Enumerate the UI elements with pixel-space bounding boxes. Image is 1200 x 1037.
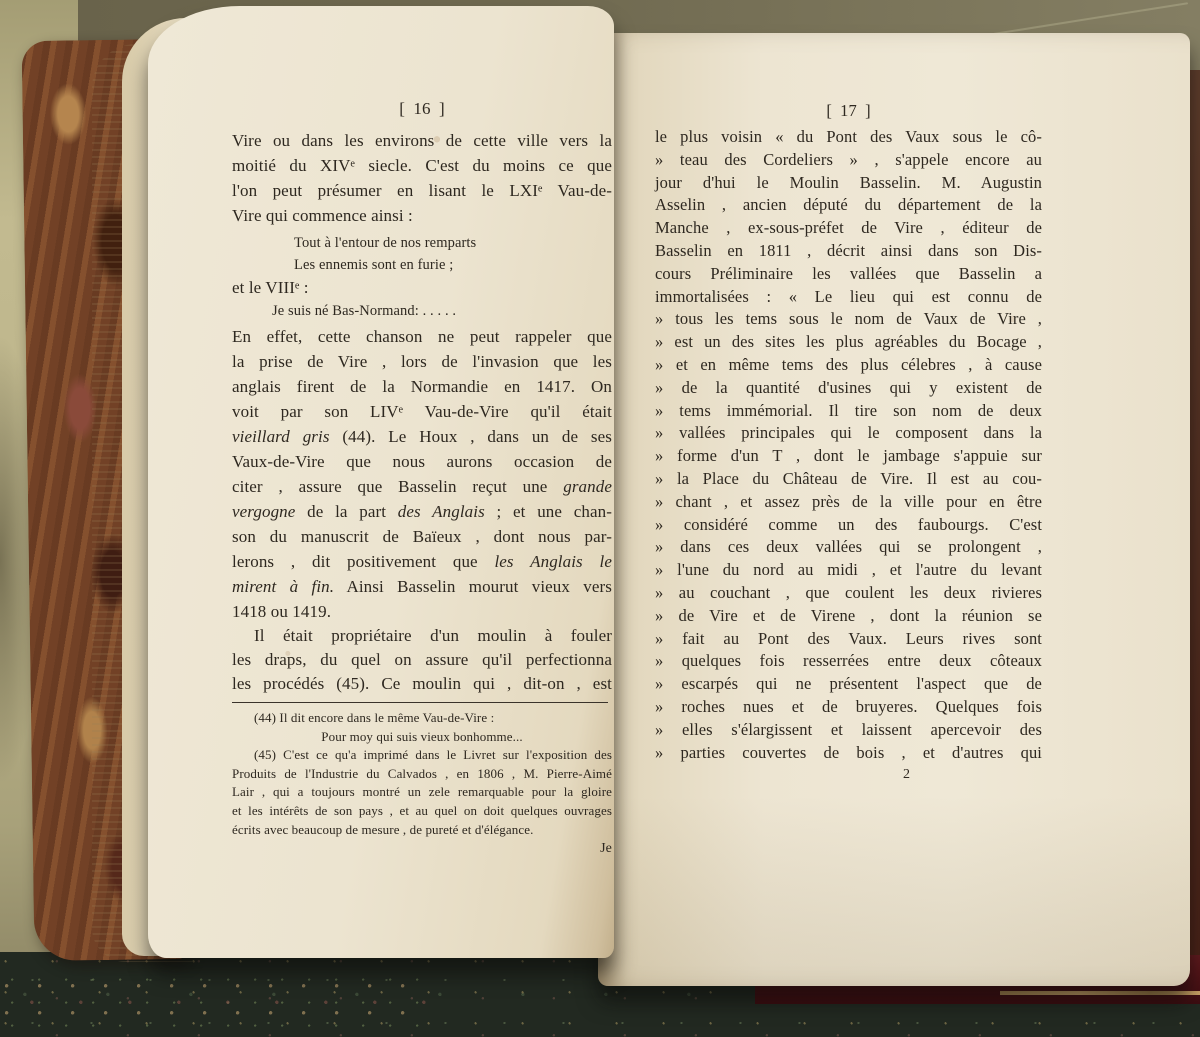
footnote-rule (232, 702, 608, 703)
paragraph: Vire ou dans les environs de cette ville… (232, 128, 612, 228)
text-line: les draps, du quel on assure qu'il perfe… (232, 648, 612, 672)
text-line: Lair , qui a toujours montré un zele rem… (232, 783, 612, 802)
text-line: mirent à fin. Ainsi Basselin mourut vieu… (232, 574, 612, 599)
text-line: 1418 ou 1419. (232, 599, 612, 624)
text-line: » l'une du nord au midi , et l'autre du … (655, 559, 1042, 582)
paragraph: le plus voisin « du Pont des Vaux sous l… (655, 126, 1042, 764)
page-number-16: [ 16 ] (232, 98, 612, 120)
text-line: Vaux-de-Vire que nous aurons occasion de (232, 449, 612, 474)
footnote-44: (44) Il dit encore dans le même Vau-de-V… (232, 709, 612, 746)
text-line: Pour moy qui suis vieux bonhomme... (232, 728, 612, 747)
text-line: le plus voisin « du Pont des Vaux sous l… (655, 126, 1042, 149)
book-photo-scene: [ 16 ] Vire ou dans les environs de cett… (0, 0, 1200, 1037)
text-line: » la Place du Château de Vire. Il est au… (655, 468, 1042, 491)
verse-quote: Je suis né Bas-Normand: . . . . . (272, 300, 612, 322)
text-line: » de la quantité d'usines qui y existent… (655, 377, 1042, 400)
text-line: Asselin , ancien député du département d… (655, 194, 1042, 217)
text-line: Basselin en 1811 , décrit ainsi dans son… (655, 240, 1042, 263)
left-page-text: [ 16 ] Vire ou dans les environs de cett… (232, 98, 612, 858)
text-line: » forme d'un T , dont le jambage s'appui… (655, 445, 1042, 468)
text-line: » considéré comme un des faubourgs. C'es… (655, 514, 1042, 537)
text-line: » escarpés qui ne présentent l'aspect qu… (655, 673, 1042, 696)
text-line: vergogne de la part des Anglais ; et une… (232, 499, 612, 524)
text-line: » tous les tems sous le nom de Vaux de V… (655, 308, 1042, 331)
text-line: Les ennemis sont en furie ; (294, 254, 612, 276)
text-line: moitié du XIVᵉ siecle. C'est du moins ce… (232, 153, 612, 178)
text-line: (44) Il dit encore dans le même Vau-de-V… (232, 709, 612, 728)
carpet-pattern-patch (0, 975, 430, 1037)
text-line: (45) C'est ce qu'a imprimé dans le Livre… (232, 746, 612, 765)
text-line: » de Vire et de Virene , dont la réunion… (655, 605, 1042, 628)
text-line: » teau des Cordeliers » , s'appele encor… (655, 149, 1042, 172)
text-line: » elles s'élargissent et laissent aperce… (655, 719, 1042, 742)
text-line: Manche , ex-sous-préfet de Vire , éditeu… (655, 217, 1042, 240)
text-line: » au couchant , que coulent les deux riv… (655, 582, 1042, 605)
left-page: [ 16 ] Vire ou dans les environs de cett… (148, 6, 614, 958)
text-line: son du manuscrit de Baïeux , dont nous p… (232, 524, 612, 549)
text-line: l'on peut présumer en lisant le LXIᵉ Vau… (232, 178, 612, 203)
page-number-17: [ 17 ] (655, 101, 1042, 121)
text-line: immortalisées : « Le lieu qui est connu … (655, 286, 1042, 309)
text-line: et les intérêts de son pays , et au quel… (232, 802, 612, 821)
text-line: citer , assure que Basselin reçut une gr… (232, 474, 612, 499)
right-page-text: [ 17 ] le plus voisin « du Pont des Vaux… (655, 101, 1042, 785)
text-line: Tout à l'entour de nos remparts (294, 232, 612, 254)
signature-mark: 2 (903, 765, 1042, 785)
text-line: écrits avec beaucoup de mesure , de pure… (232, 821, 612, 840)
text-line: » quelques fois resserrées entre deux cô… (655, 650, 1042, 673)
text-line: » chant , et assez près de la ville pour… (655, 491, 1042, 514)
text-line: Il était propriétaire d'un moulin à foul… (232, 624, 612, 648)
text-line: » vallées principales qui le composent d… (655, 422, 1042, 445)
text-line: » est un des sites les plus agréables du… (655, 331, 1042, 354)
footnote-45: (45) C'est ce qu'a imprimé dans le Livre… (232, 746, 612, 839)
text-line: vieillard gris (44). Le Houx , dans un d… (232, 424, 612, 449)
text-line: » roches nues et de bruyeres. Quelques f… (655, 696, 1042, 719)
text-line: En effet, cette chanson ne peut rappeler… (232, 324, 612, 349)
paragraph: En effet, cette chanson ne peut rappeler… (232, 324, 612, 624)
text-line: » fait au Pont des Vaux. Leurs rives son… (655, 628, 1042, 651)
text-line: les procédés (45). Ce moulin qui , dit-o… (232, 672, 612, 696)
catchword: Je (232, 840, 612, 858)
text-line: » tems immémorial. Il tire son nom de de… (655, 400, 1042, 423)
text-line: Vire ou dans les environs de cette ville… (232, 128, 612, 153)
text-line: » et en même tems des plus célebres , à … (655, 354, 1042, 377)
text-line: jour d'hui le Moulin Basselin. M. August… (655, 172, 1042, 195)
paragraph: Il était propriétaire d'un moulin à foul… (232, 624, 612, 696)
text-line: anglais firent de la Normandie en 1417. … (232, 374, 612, 399)
text-line: lerons , dit positivement que les Anglai… (232, 549, 612, 574)
verse-quote: Tout à l'entour de nos rempartsLes ennem… (294, 232, 612, 276)
text-line: » dans ces deux vallées qui se prolongen… (655, 536, 1042, 559)
text-line: » parties couvertes de bois , et d'autre… (655, 742, 1042, 765)
text-line: Vire qui commence ainsi : (232, 203, 612, 228)
right-page: [ 17 ] le plus voisin « du Pont des Vaux… (598, 33, 1190, 986)
text-line: voit par son LIVᵉ Vau-de-Vire qu'il étai… (232, 399, 612, 424)
text-line: cours Préliminaire les vallées que Basse… (655, 263, 1042, 286)
gilt-line (1000, 991, 1200, 995)
text-line: la prise de Vire , lors de l'invasion qu… (232, 349, 612, 374)
interline-text: et le VIIIᵉ : (232, 276, 612, 300)
text-line: Produits de l'Industrie du Calvados , en… (232, 765, 612, 784)
